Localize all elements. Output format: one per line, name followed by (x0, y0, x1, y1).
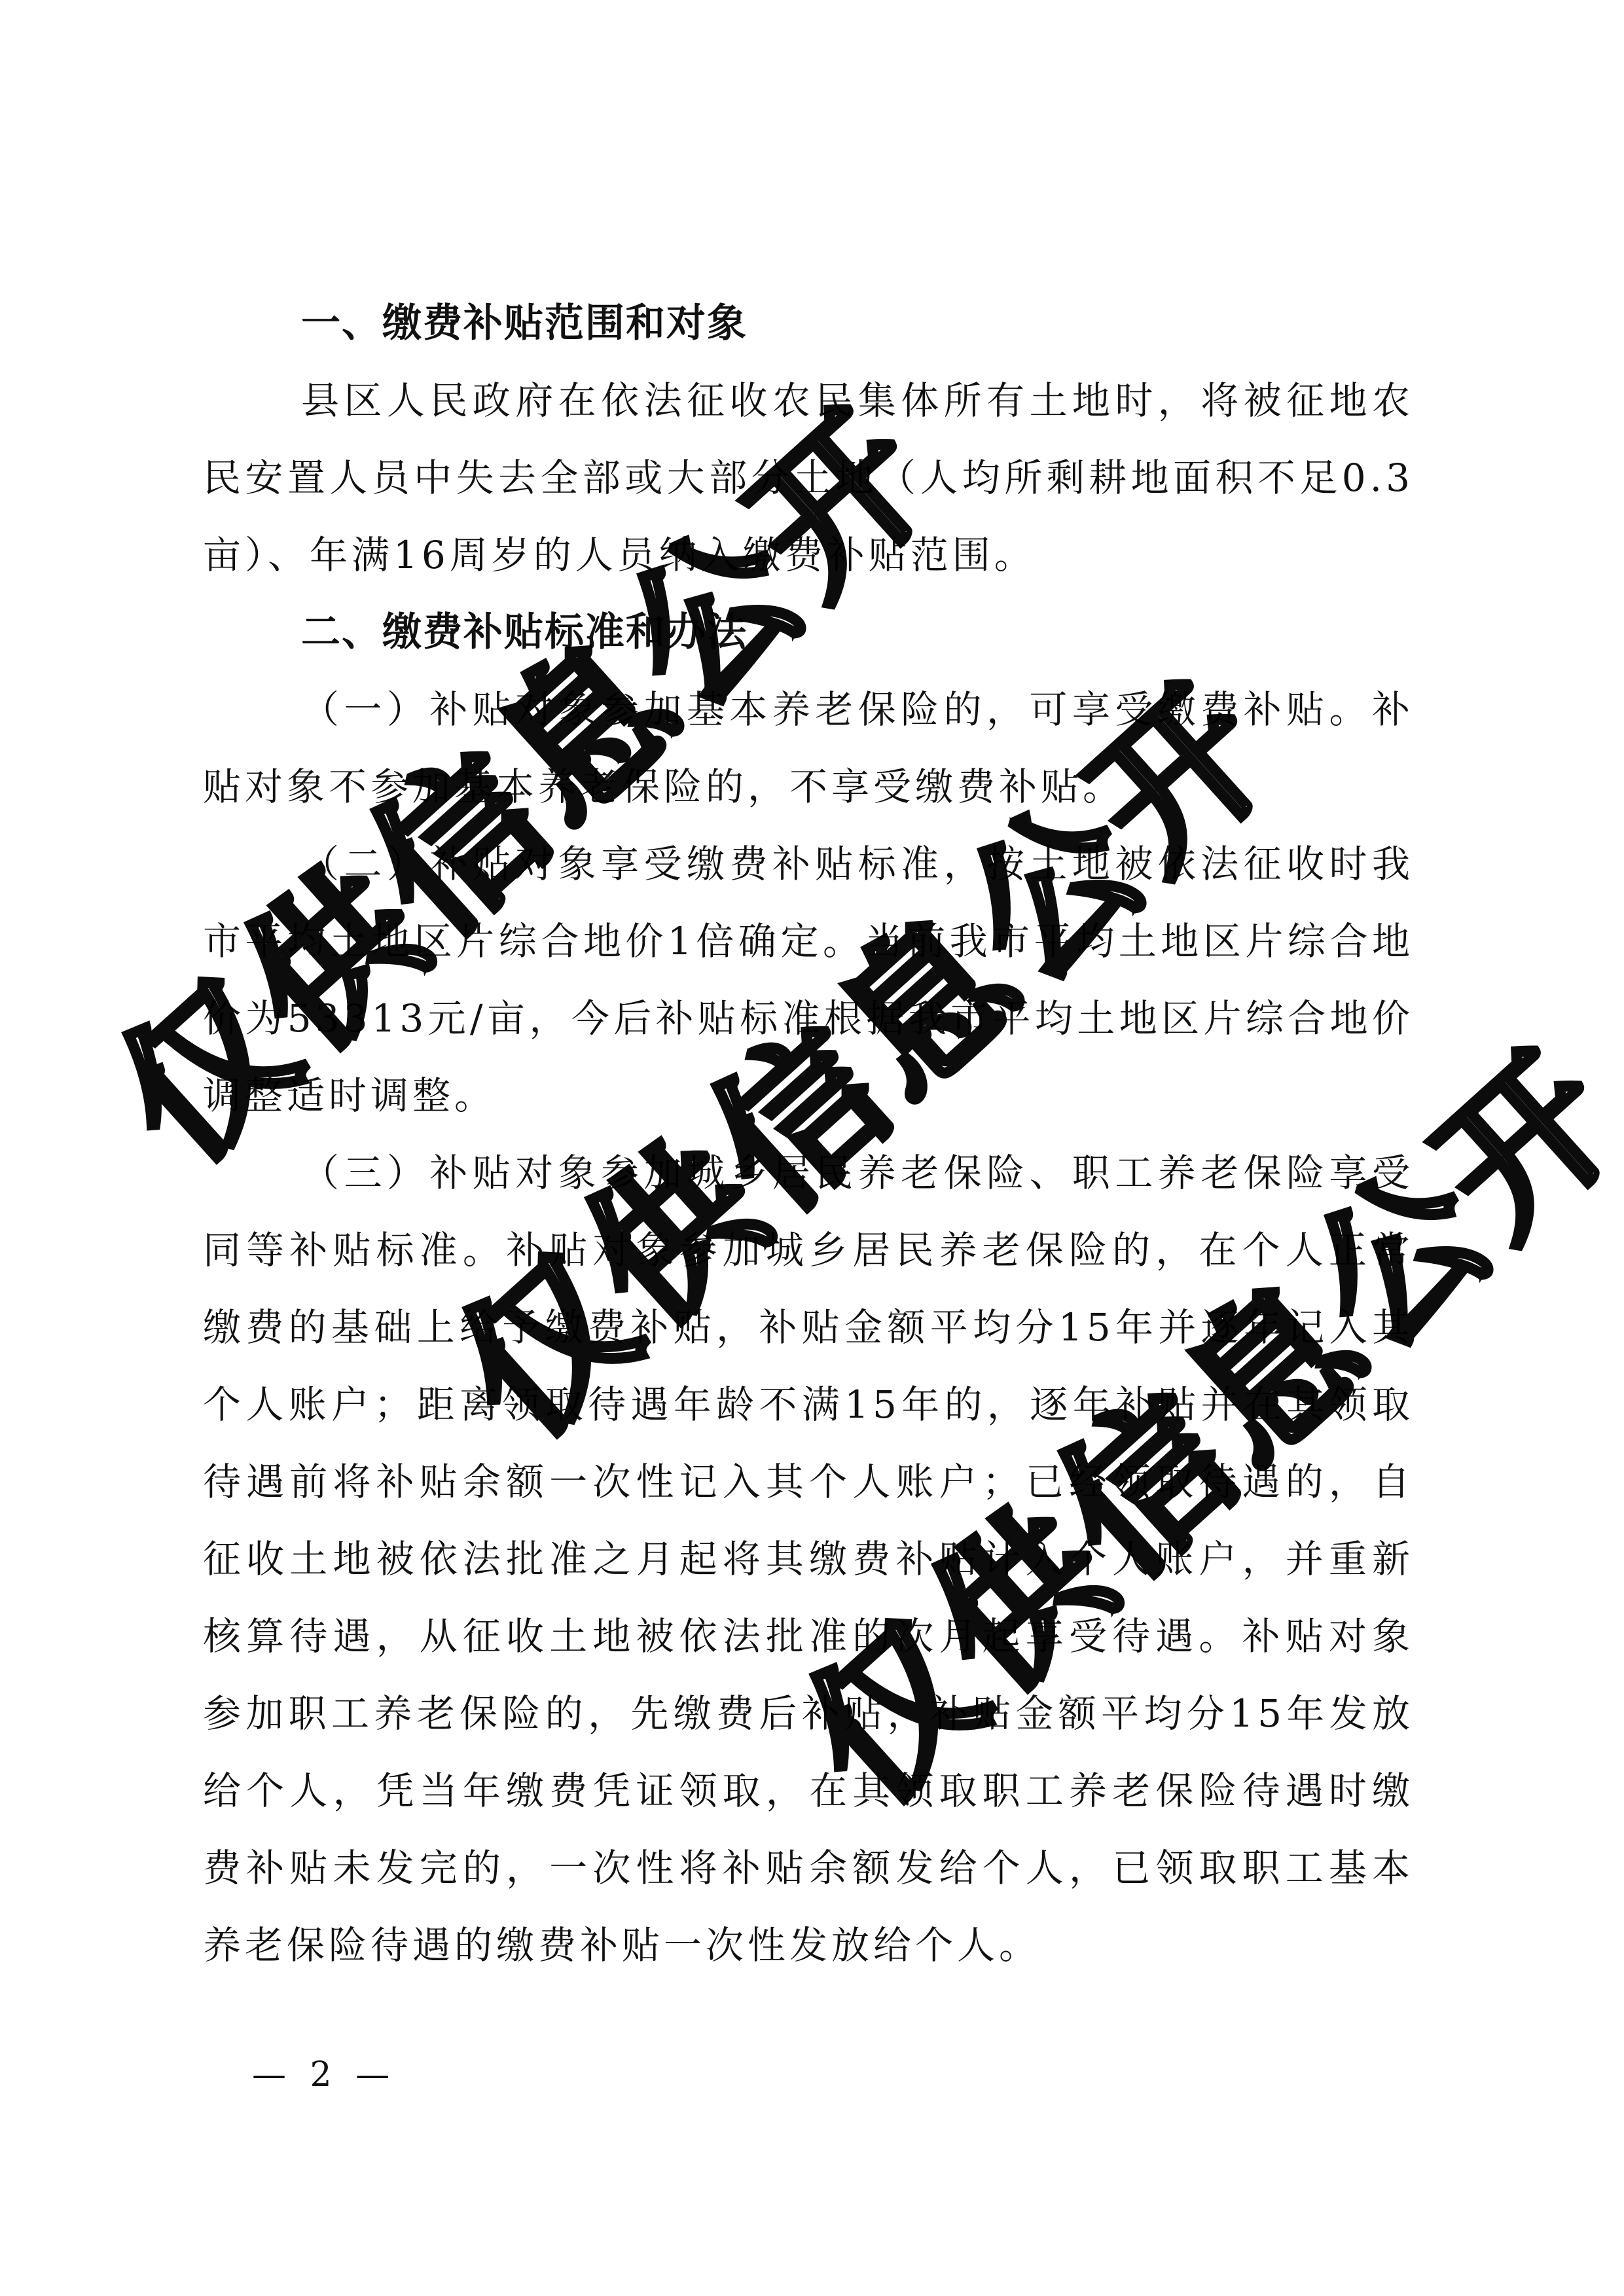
paragraph-standard-3: （三）补贴对象参加城乡居民养老保险、职工养老保险享受同等补贴标准。补贴对象参加城… (203, 1134, 1414, 1984)
section-heading-standard: 二、缴费补贴标准和办法 (203, 594, 1414, 671)
page-number: — 2 — (252, 2055, 396, 2094)
document-body: 一、缴费补贴范围和对象 县区人民政府在依法征收农民集体所有土地时，将被征地农民安… (203, 285, 1414, 1984)
paragraph-scope: 县区人民政府在依法征收农民集体所有土地时，将被征地农民安置人员中失去全部或大部分… (203, 362, 1414, 594)
paragraph-standard-2: （二）补贴对象享受缴费补贴标准，按土地被依法征收时我市平均土地区片综合地价1倍确… (203, 825, 1414, 1134)
section-heading-scope: 一、缴费补贴范围和对象 (203, 285, 1414, 362)
paragraph-standard-1: （一）补贴对象参加基本养老保险的，可享受缴费补贴。补贴对象不参加基本养老保险的，… (203, 671, 1414, 825)
document-page: 一、缴费补贴范围和对象 县区人民政府在依法征收农民集体所有土地时，将被征地农民安… (0, 0, 1624, 2296)
